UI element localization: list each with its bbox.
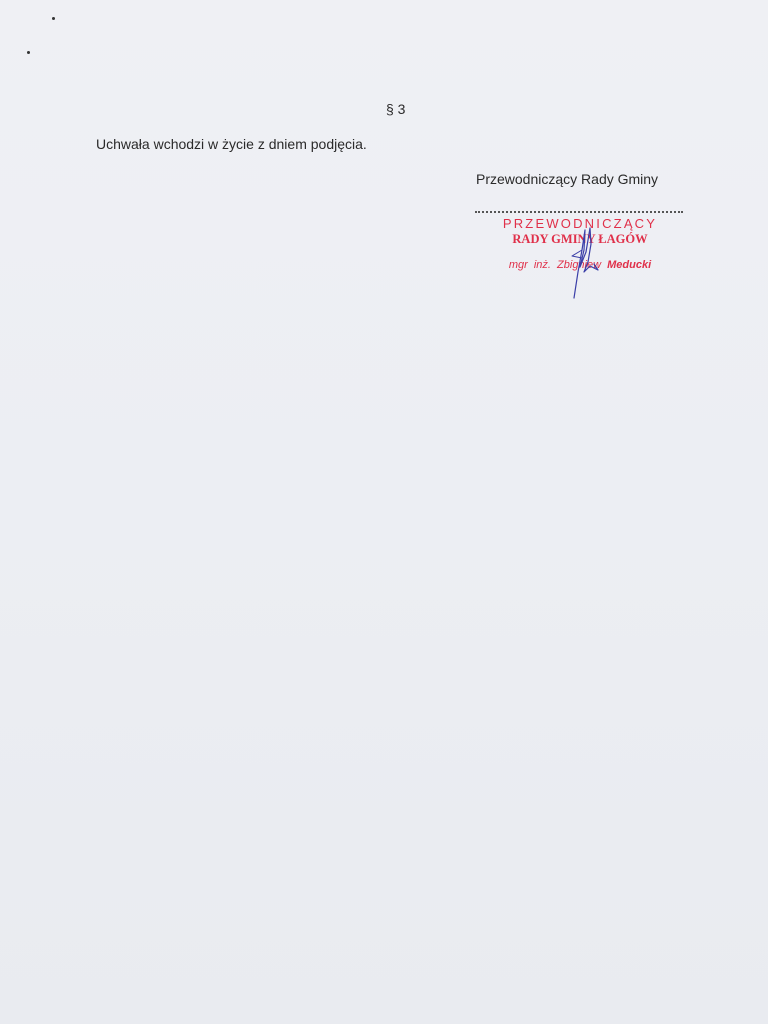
scan-speck (52, 17, 55, 20)
section-heading: § 3 (386, 101, 405, 117)
stamp-surname: Meducki (607, 259, 651, 271)
handwritten-signature-icon (560, 222, 610, 302)
scan-speck (27, 51, 30, 54)
signature-line (475, 211, 683, 213)
signer-title: Przewodniczący Rady Gminy (476, 171, 658, 187)
resolution-text: Uchwała wchodzi w życie z dniem podjęcia… (96, 136, 367, 152)
document-page: § 3 Uchwała wchodzi w życie z dniem podj… (0, 0, 768, 1024)
